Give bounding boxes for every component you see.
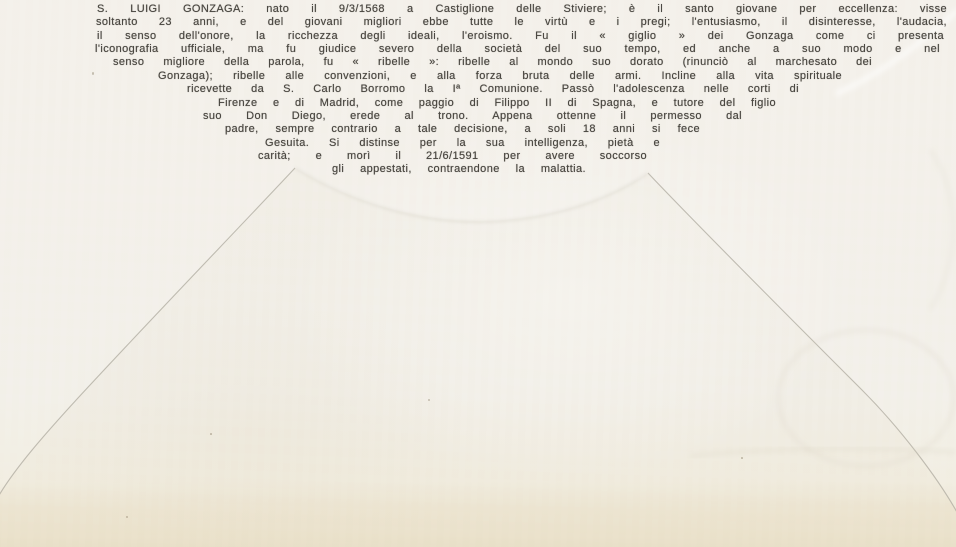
- text-line-8: Firenze e di Madrid, come paggio di Fili…: [218, 97, 776, 111]
- text-line-6: Gonzaga); ribelle alle convenzioni, e al…: [158, 70, 842, 84]
- text-line-12: carità; e morì il 21/6/1591 per avere so…: [258, 150, 647, 164]
- text-line-11: Gesuita. Si distinse per la sua intellig…: [265, 137, 660, 151]
- text-line-1: S. LUIGI GONZAGA: nato il 9/3/1568 a Cas…: [97, 3, 947, 17]
- text-line-9: suo Don Diego, erede al trono. Appena ot…: [203, 110, 742, 124]
- text-line-4: l'iconografia ufficiale, ma fu giudice s…: [95, 43, 940, 57]
- text-line-2: soltanto 23 anni, e del giovani migliori…: [96, 16, 947, 30]
- text-line-3: il senso dell'onore, la ricchezza degli …: [97, 30, 944, 44]
- text-line-13: gli appestati, contraendone la malattia.: [332, 163, 586, 177]
- paper-speck: [428, 399, 430, 401]
- text-line-10: padre, sempre contrario a tale decisione…: [225, 123, 700, 137]
- paper-speck: [210, 433, 212, 435]
- envelope-back: S. LUIGI GONZAGA: nato il 9/3/1568 a Cas…: [0, 0, 956, 547]
- printed-description: S. LUIGI GONZAGA: nato il 9/3/1568 a Cas…: [0, 0, 956, 547]
- paper-speck: [741, 457, 743, 459]
- text-line-5: senso migliore della parola, fu « ribell…: [113, 56, 872, 70]
- text-line-7: ricevette da S. Carlo Borromo la Iª Comu…: [187, 83, 799, 97]
- paper-speck: [126, 516, 128, 518]
- paper-speck: [92, 72, 94, 75]
